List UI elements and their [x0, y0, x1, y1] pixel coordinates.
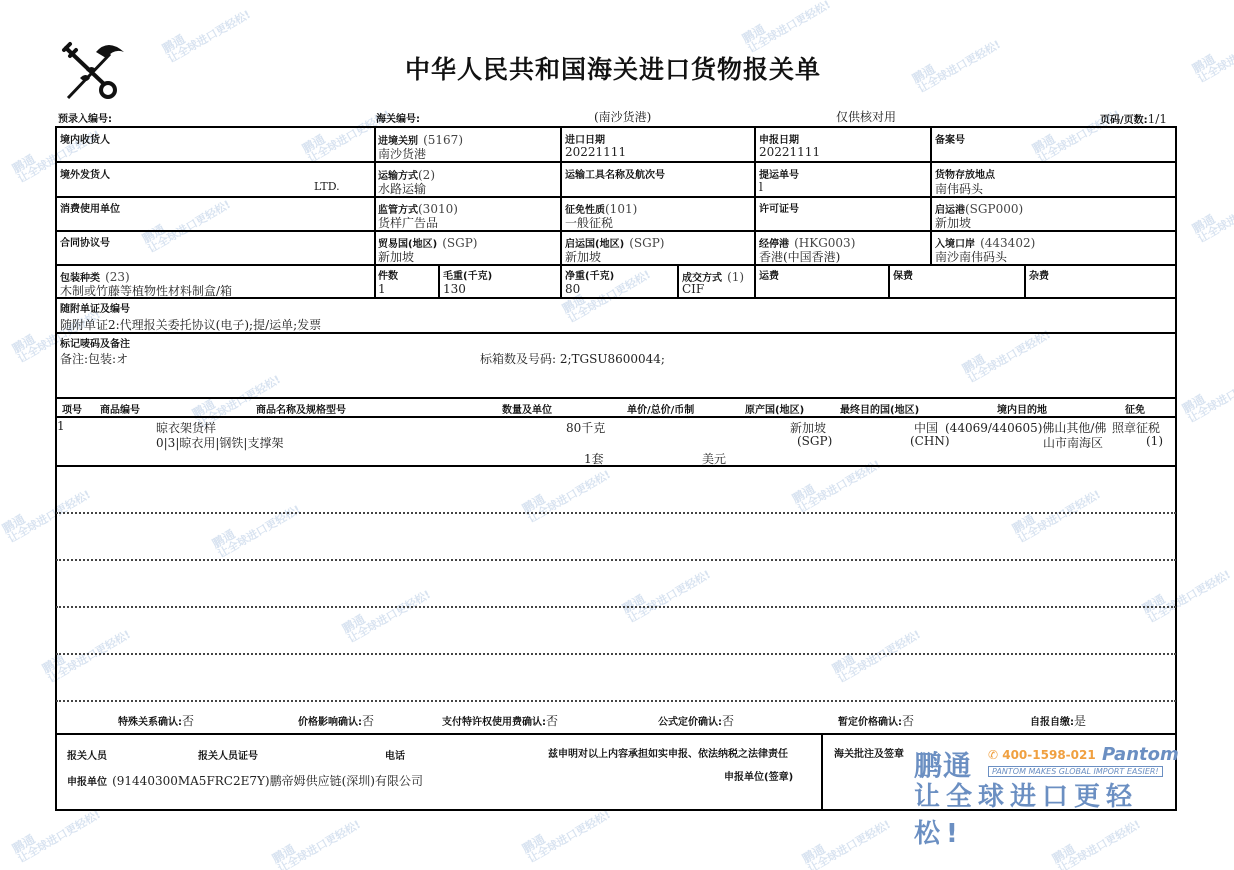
- storage-place-label: 货物存放地点: [935, 166, 995, 181]
- pieces-value: 1: [378, 282, 386, 296]
- goods-header-name: 商品名称及规格型号: [256, 401, 346, 416]
- watermark: 鹏通让全球进口更轻松!: [740, 0, 833, 56]
- goods-domestic-dest-2: 山市南海区: [1043, 434, 1103, 451]
- goods-qty-2: 1套: [584, 450, 604, 467]
- declare-date-value: 20221111: [759, 145, 820, 159]
- goods-header-domestic-dest: 境内目的地: [997, 401, 1047, 416]
- watermark: 鹏通让全球进口更轻松!: [340, 578, 433, 645]
- watermark: 鹏通让全球进口更轻松!: [1190, 18, 1234, 85]
- freight-label: 运费: [759, 267, 779, 282]
- page-indicator: 页码/页数:1/1: [1100, 108, 1167, 127]
- watermark: 鹏通让全球进口更轻松!: [790, 448, 883, 515]
- departure-port-value: 新加坡: [935, 214, 971, 231]
- declarant-label: 报关人员: [67, 747, 107, 762]
- page-title: 中华人民共和国海关进口货物报关单: [405, 50, 821, 86]
- watermark: 鹏通让全球进口更轻松!: [210, 493, 303, 560]
- watermark: 鹏通让全球进口更轻松!: [1180, 358, 1234, 425]
- marks-remarks-value-right: 标箱数及号码: 2;TGSU8600044;: [480, 350, 665, 367]
- customs-emblem-icon: [58, 40, 126, 102]
- watermark: 鹏通让全球进口更轻松!: [960, 318, 1053, 385]
- trade-country-value: 新加坡: [378, 248, 414, 265]
- watermark: 鹏通让全球进口更轻松!: [140, 188, 233, 255]
- goods-header-levy: 征免: [1125, 401, 1145, 416]
- item-no: 1: [57, 419, 65, 433]
- net-weight-value: 80: [565, 282, 580, 296]
- declare-date-label: 申报日期: [759, 131, 799, 146]
- insurance-label: 保费: [893, 267, 913, 282]
- watermark: 鹏通让全球进口更轻松!: [910, 28, 1003, 95]
- watermark: 鹏通让全球进口更轻松!: [520, 458, 613, 525]
- import-date-value: 20221111: [565, 145, 626, 159]
- goods-spec: 0|3|晾衣用|钢铁|支撑架: [156, 434, 283, 451]
- goods-header-price: 单价/总价/币制: [627, 401, 694, 416]
- entry-port-value: 南沙南伟码头: [935, 248, 1007, 265]
- goods-final-dest-code: (CHN): [910, 434, 950, 448]
- vessel-voyage-label: 运输工具名称及航次号: [565, 166, 665, 181]
- confirm-royalty: 支付特许权使用费确认:否: [442, 710, 558, 729]
- brand-watermark: 鹏通 ✆ 400-1598-021 Pantom PANTOM MAKES GL…: [912, 742, 1174, 808]
- pre-entry-no-label: 预录入编号:: [58, 110, 112, 125]
- page-value: 1/1: [1148, 112, 1167, 126]
- statement: 兹申明对以上内容承担如实申报、依法纳税之法律责任: [548, 745, 788, 760]
- overseas-shipper-value: LTD.: [314, 180, 340, 193]
- watermark: 鹏通让全球进口更轻松!: [1140, 558, 1233, 625]
- watermark: 鹏通让全球进口更轻松!: [270, 808, 363, 870]
- license-no-label: 许可证号: [759, 200, 799, 215]
- entry-customs-value: 南沙货港: [378, 145, 426, 162]
- attached-docs-value: 随附单证2:代理报关委托协议(电子);提/运单;发票: [60, 316, 321, 333]
- goods-header-qty: 数量及单位: [502, 401, 552, 416]
- confirm-special-relation: 特殊关系确认:否: [118, 710, 194, 729]
- goods-header-origin: 原产国(地区): [745, 401, 804, 416]
- for-check-only: 仅供核对用: [836, 108, 896, 125]
- bill-of-lading-label: 提运单号: [759, 166, 799, 181]
- transport-mode-value: 水路运输: [378, 180, 426, 197]
- consignee-label: 境内收货人: [60, 131, 110, 146]
- storage-place-value: 南伟码头: [935, 180, 983, 197]
- watermark: 鹏通让全球进口更轻松!: [830, 618, 923, 685]
- watermark: 鹏通让全球进口更轻松!: [620, 558, 713, 625]
- departure-country-value: 新加坡: [565, 248, 601, 265]
- contract-no-label: 合同协议号: [60, 234, 110, 249]
- marks-remarks-value-left: 备注:包装:オ: [60, 350, 128, 367]
- bill-of-lading-value: l: [759, 180, 763, 194]
- net-weight-label: 净重(千克): [565, 267, 614, 282]
- transit-port-value: 香港(中国香港): [759, 248, 840, 265]
- supervision-mode-value: 货样广告品: [378, 214, 438, 231]
- brand-en: Pantom: [1102, 744, 1179, 765]
- pieces-label: 件数: [378, 267, 398, 282]
- declarant-cert-label: 报关人员证号: [198, 747, 258, 762]
- marks-remarks-label: 标记唛码及备注: [60, 335, 130, 350]
- goods-header-final-dest: 最终目的国(地区): [840, 401, 919, 416]
- import-date-label: 进口日期: [565, 131, 605, 146]
- declaring-unit: 申报单位 (91440300MA5FRC2E7Y)鹏帝姆供应链(深圳)有限公司: [67, 770, 423, 789]
- consumer-unit-label: 消费使用单位: [60, 200, 120, 215]
- transaction-mode-value: CIF: [682, 282, 704, 296]
- goods-header-item-no: 项号: [62, 401, 82, 416]
- phone-label: 电话: [385, 747, 405, 762]
- goods-currency: 美元: [702, 450, 726, 467]
- misc-fee-label: 杂费: [1029, 267, 1049, 282]
- customs-office: (南沙货港): [594, 108, 651, 125]
- phone-icon: ✆ 400-1598-021: [988, 748, 1096, 762]
- package-type-value: 木制或竹藤等植物性材料制盒/箱: [60, 282, 232, 299]
- confirm-price-influence: 价格影响确认:否: [298, 710, 374, 729]
- watermark: 鹏通让全球进口更轻松!: [1190, 178, 1234, 245]
- goods-origin-code: (SGP): [797, 434, 832, 448]
- page-label: 页码/页数:: [1100, 115, 1148, 126]
- goods-header-hs-code: 商品编号: [100, 401, 140, 416]
- levy-nature-value: 一般征税: [565, 214, 613, 231]
- overseas-shipper-label: 境外发货人: [60, 166, 110, 181]
- record-no-label: 备案号: [935, 131, 965, 146]
- gross-weight-label: 毛重(千克): [443, 267, 492, 282]
- confirm-provisional-price: 暂定价格确认:否: [838, 710, 914, 729]
- goods-qty-1: 80千克: [566, 419, 605, 436]
- declaring-unit-seal: 申报单位(签章): [724, 768, 793, 783]
- attached-docs-label: 随附单证及编号: [60, 300, 130, 315]
- customs-no-label: 海关编号:: [376, 110, 420, 125]
- watermark: 鹏通让全球进口更轻松!: [160, 0, 253, 66]
- confirm-self-pay: 自报自缴:是: [1030, 710, 1086, 729]
- brand-slogan: 让全球进口更轻松!: [914, 776, 1174, 850]
- customs-approval-label: 海关批注及签章: [834, 745, 904, 760]
- goods-levy-code: (1): [1146, 434, 1163, 448]
- gross-weight-value: 130: [443, 282, 466, 296]
- confirm-formula-pricing: 公式定价确认:否: [658, 710, 734, 729]
- watermark: 鹏通让全球进口更轻松!: [800, 808, 893, 870]
